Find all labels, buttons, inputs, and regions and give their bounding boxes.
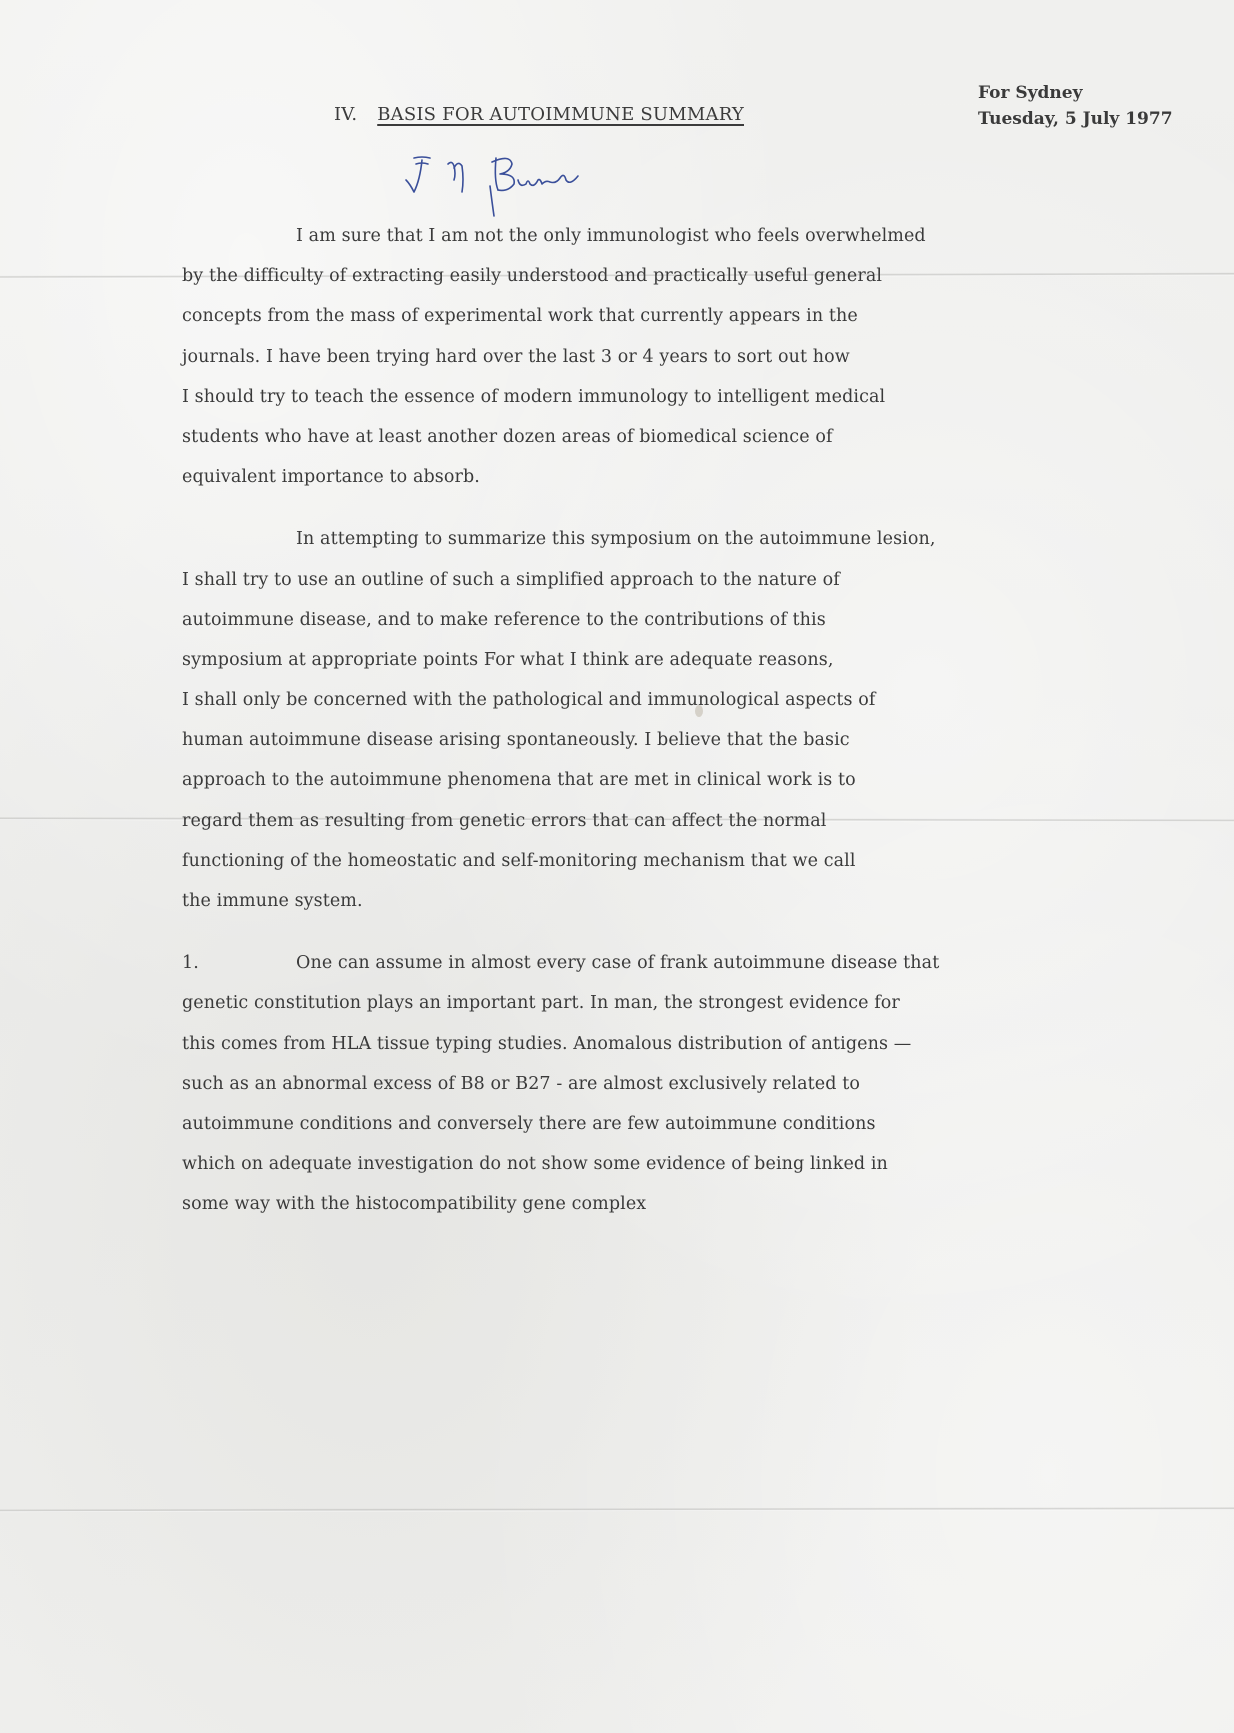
text-line: symposium at appropriate points For what…	[182, 640, 1122, 680]
text-line: functioning of the homeostatic and self-…	[182, 841, 1122, 881]
paragraph: I am sure that I am not the only immunol…	[182, 216, 1122, 497]
text-line-content: One can assume in almost every case of f…	[296, 953, 939, 973]
text-line: which on adequate investigation do not s…	[182, 1144, 1122, 1184]
text-line: 1.One can assume in almost every case of…	[182, 943, 1122, 983]
document-meta: For Sydney Tuesday, 5 July 1977	[978, 80, 1173, 132]
text-line: concepts from the mass of experimental w…	[182, 296, 1122, 336]
text-line: such as an abnormal excess of B8 or B27 …	[182, 1064, 1122, 1104]
text-line: autoimmune disease, and to make referenc…	[182, 600, 1122, 640]
text-line: the immune system.	[182, 881, 1122, 921]
text-line: genetic constitution plays an important …	[182, 983, 1122, 1023]
numbered-paragraph: 1.One can assume in almost every case of…	[182, 943, 1122, 1224]
text-line: autoimmune conditions and conversely the…	[182, 1104, 1122, 1144]
text-line: In attempting to summarize this symposiu…	[182, 519, 1122, 559]
section-title: BASIS FOR AUTOIMMUNE SUMMARY	[377, 104, 744, 125]
section-heading: IV. BASIS FOR AUTOIMMUNE SUMMARY	[334, 104, 744, 125]
text-line: I shall only be concerned with the patho…	[182, 680, 1122, 720]
paragraph: In attempting to summarize this symposiu…	[182, 519, 1122, 921]
text-line: journals. I have been trying hard over t…	[182, 337, 1122, 377]
text-line: I should try to teach the essence of mod…	[182, 377, 1122, 417]
paper-fold-crease	[0, 1507, 1234, 1512]
text-line: I am sure that I am not the only immunol…	[182, 216, 1122, 256]
document-body: I am sure that I am not the only immunol…	[182, 216, 1122, 1225]
section-numeral: IV.	[334, 104, 357, 125]
text-line: I shall try to use an outline of such a …	[182, 560, 1122, 600]
text-line: equivalent importance to absorb.	[182, 457, 1122, 497]
location-line: For Sydney	[978, 80, 1173, 106]
text-line: students who have at least another dozen…	[182, 417, 1122, 457]
text-line: some way with the histocompatibility gen…	[182, 1184, 1122, 1224]
text-line: human autoimmune disease arising spontan…	[182, 720, 1122, 760]
text-line: by the difficulty of extracting easily u…	[182, 256, 1122, 296]
text-line: approach to the autoimmune phenomena tha…	[182, 760, 1122, 800]
handwritten-signature: F M Burnet	[400, 150, 600, 220]
date-line: Tuesday, 5 July 1977	[978, 106, 1173, 132]
text-line: this comes from HLA tissue typing studie…	[182, 1024, 1122, 1064]
item-number: 1.	[182, 943, 296, 983]
text-line: regard them as resulting from genetic er…	[182, 801, 1122, 841]
